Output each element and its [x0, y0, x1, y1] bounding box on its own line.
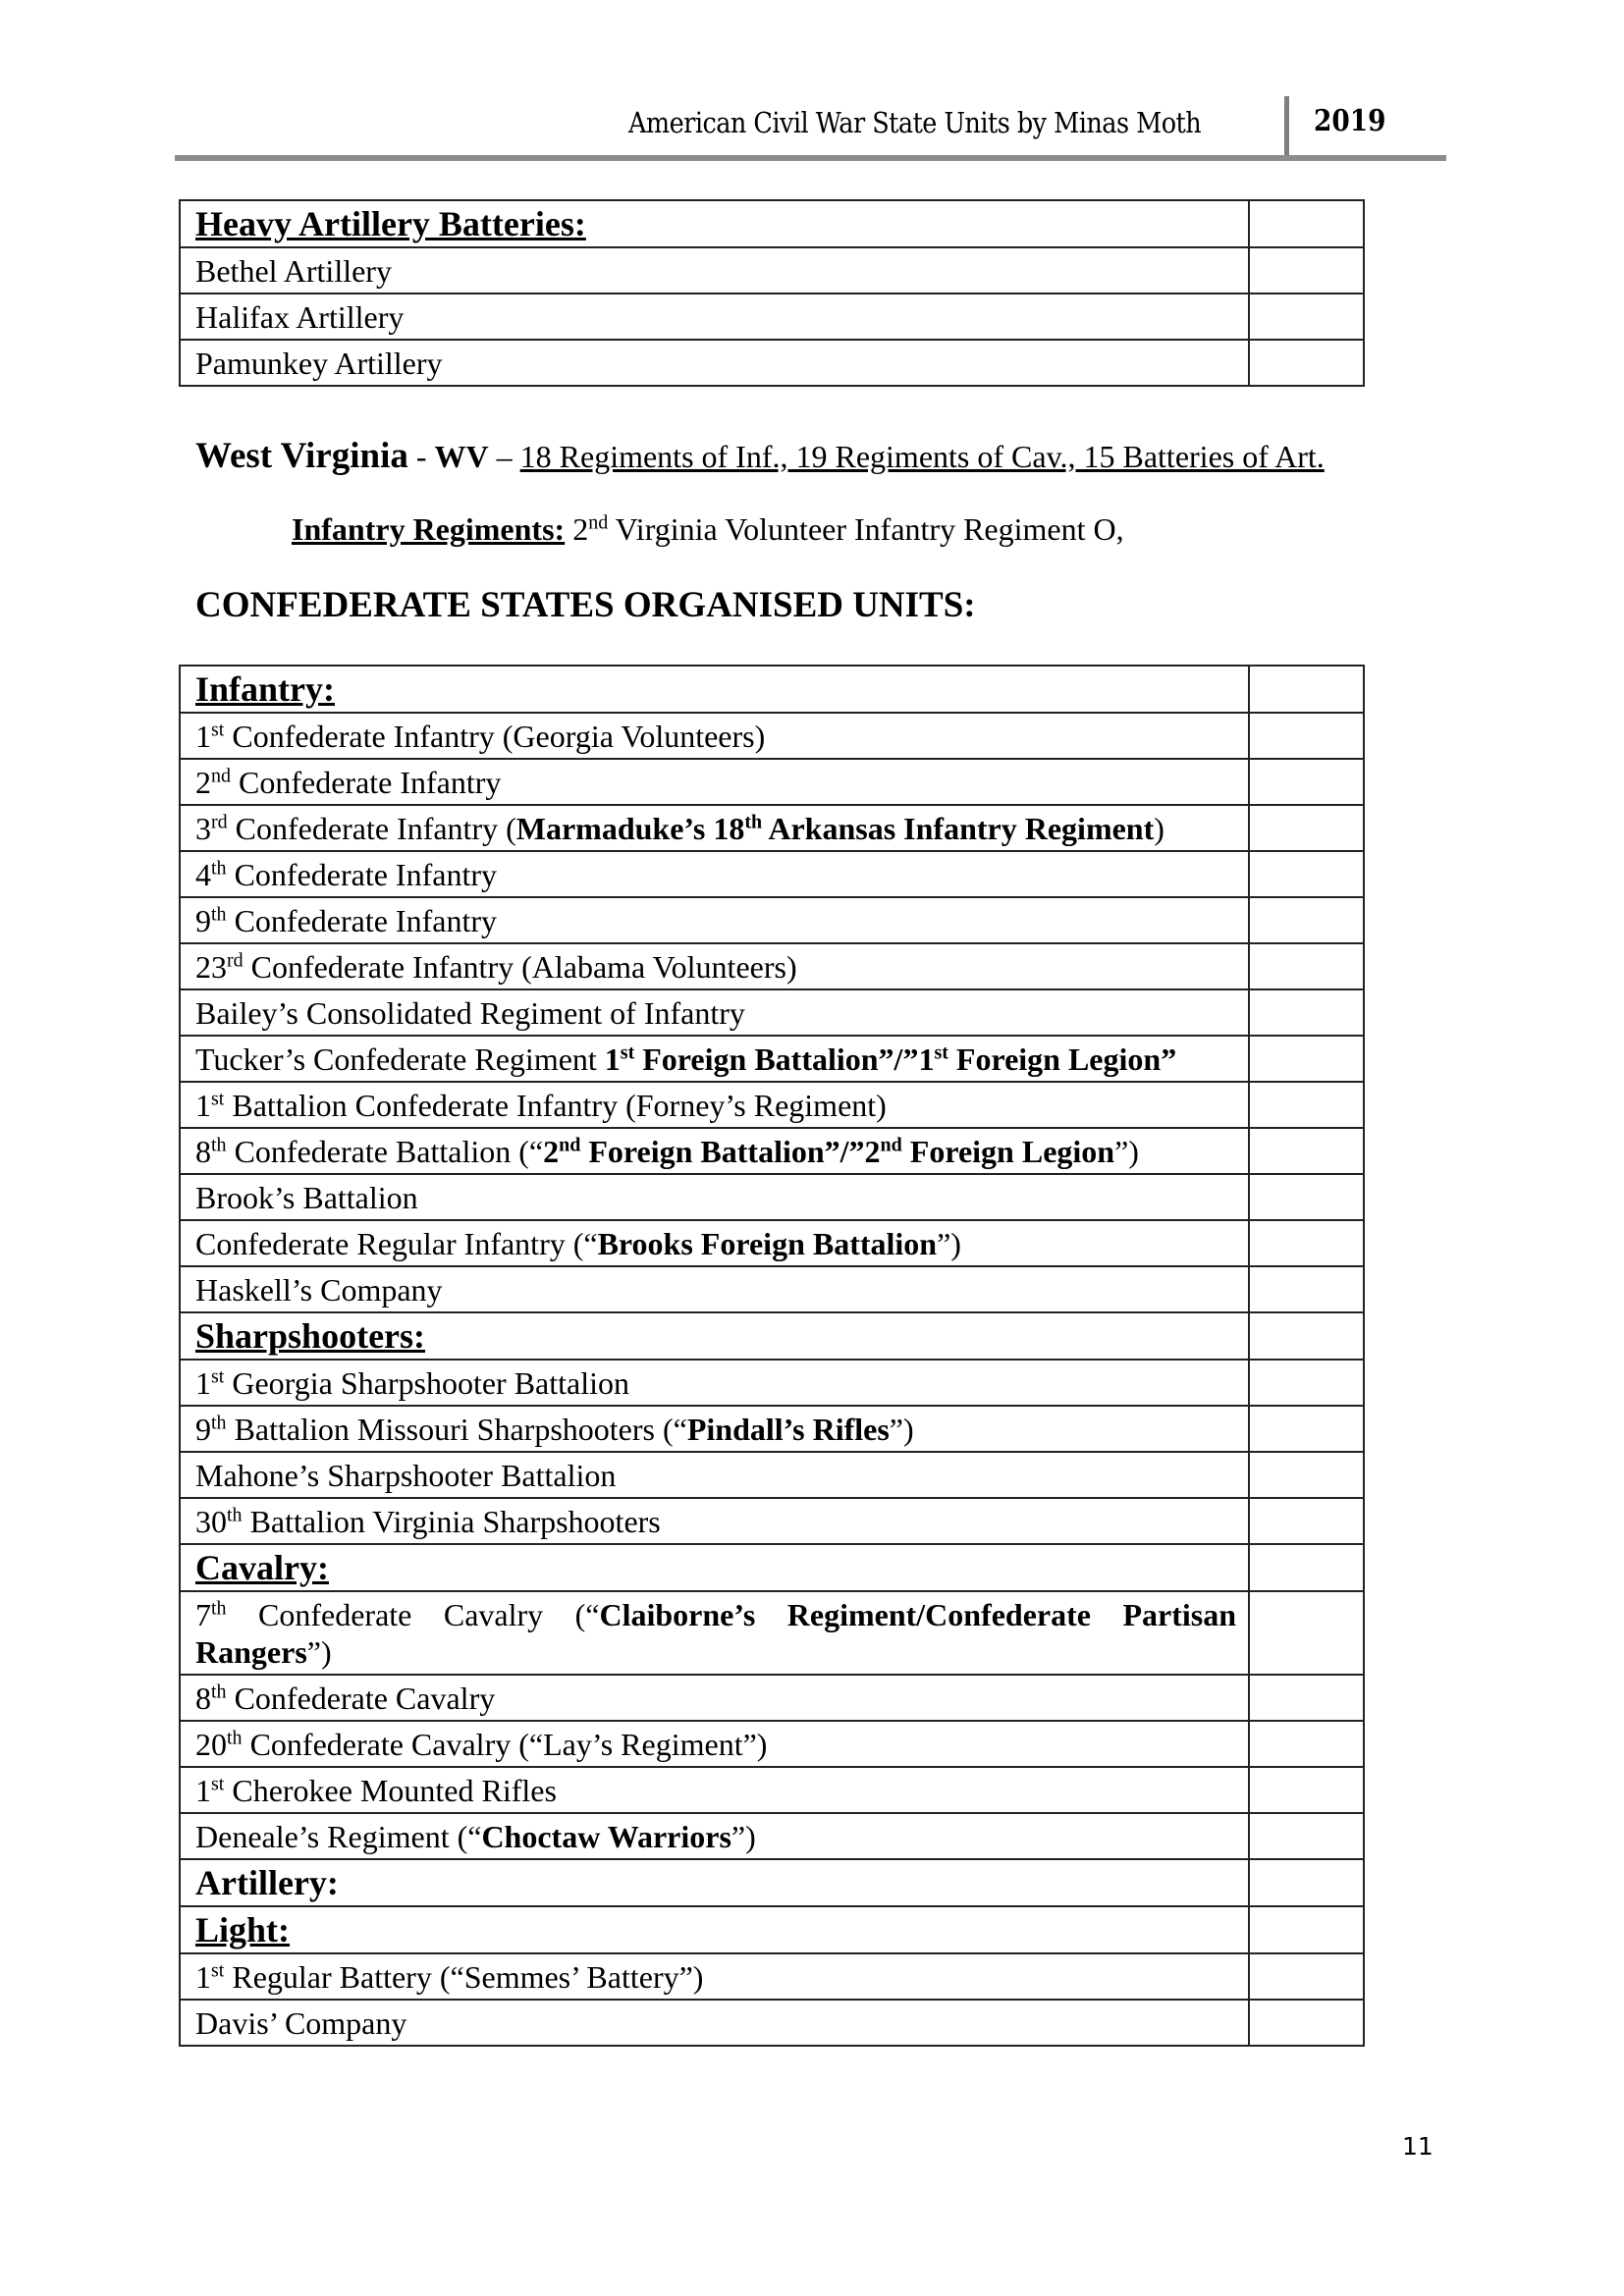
unit-name: 7th Confederate Cavalry (“Claiborne’s Re…	[180, 1591, 1249, 1675]
table-row: 1st Regular Battery (“Semmes’ Battery”)	[180, 1953, 1364, 2000]
confederate-units-table: Infantry:1st Confederate Infantry (Georg…	[179, 665, 1365, 2047]
checkbox-cell[interactable]	[1249, 1360, 1364, 1406]
header-rule	[175, 155, 1446, 161]
running-header-year: 2019	[1314, 104, 1385, 138]
checkbox-cell[interactable]	[1249, 943, 1364, 989]
section-label: Light:	[180, 1906, 1249, 1953]
checkbox-cell[interactable]	[1249, 851, 1364, 897]
checkbox-cell[interactable]	[1249, 1312, 1364, 1360]
unit-name: Pamunkey Artillery	[180, 340, 1249, 386]
section-row: Artillery:	[180, 1859, 1364, 1906]
checkbox-cell[interactable]	[1249, 897, 1364, 943]
unit-name: 1st Georgia Sharpshooter Battalion	[180, 1360, 1249, 1406]
unit-name: 30th Battalion Virginia Sharpshooters	[180, 1498, 1249, 1544]
section-label: Sharpshooters:	[180, 1312, 1249, 1360]
table-row: Deneale’s Regiment (“Choctaw Warriors”)	[180, 1813, 1364, 1859]
checkbox-cell[interactable]	[1249, 1082, 1364, 1128]
unit-name: Brook’s Battalion	[180, 1174, 1249, 1220]
table-row: 3rd Confederate Infantry (Marmaduke’s 18…	[180, 805, 1364, 851]
checkbox-cell[interactable]	[1249, 1128, 1364, 1174]
unit-name: Bailey’s Consolidated Regiment of Infant…	[180, 989, 1249, 1036]
unit-name: 9th Battalion Missouri Sharpshooters (“P…	[180, 1406, 1249, 1452]
section-label: Cavalry:	[180, 1544, 1249, 1591]
checkbox-cell[interactable]	[1249, 1174, 1364, 1220]
checkbox-cell[interactable]	[1249, 666, 1364, 713]
checkbox-cell[interactable]	[1249, 1675, 1364, 1721]
checkbox-cell[interactable]	[1249, 1906, 1364, 1953]
checkbox-cell[interactable]	[1249, 1406, 1364, 1452]
table-row: Pamunkey Artillery	[180, 340, 1364, 386]
table-row: Tucker’s Confederate Regiment 1st Foreig…	[180, 1036, 1364, 1082]
checkbox-cell[interactable]	[1249, 200, 1364, 247]
table-row: 2nd Confederate Infantry	[180, 759, 1364, 805]
infantry-regiments-label: Infantry Regiments:	[292, 511, 565, 547]
table-row: 20th Confederate Cavalry (“Lay’s Regimen…	[180, 1721, 1364, 1767]
west-virginia-line: West Virginia - WV – 18 Regiments of Inf…	[195, 435, 1325, 477]
separator: –	[489, 439, 520, 474]
checkbox-cell[interactable]	[1249, 805, 1364, 851]
table-row: 7th Confederate Cavalry (“Claiborne’s Re…	[180, 1591, 1364, 1675]
checkbox-cell[interactable]	[1249, 2000, 1364, 2046]
unit-name: 20th Confederate Cavalry (“Lay’s Regimen…	[180, 1721, 1249, 1767]
checkbox-cell[interactable]	[1249, 1036, 1364, 1082]
infantry-regiments-text: 2nd Virginia Volunteer Infantry Regiment…	[565, 511, 1123, 547]
state-unit-summary: 18 Regiments of Inf., 19 Regiments of Ca…	[520, 439, 1325, 474]
page-number: 11	[1402, 2132, 1434, 2161]
unit-name: 9th Confederate Infantry	[180, 897, 1249, 943]
checkbox-cell[interactable]	[1249, 759, 1364, 805]
section-row: Heavy Artillery Batteries:	[180, 200, 1364, 247]
table-row: Bethel Artillery	[180, 247, 1364, 294]
checkbox-cell[interactable]	[1249, 713, 1364, 759]
checkbox-cell[interactable]	[1249, 1220, 1364, 1266]
checkbox-cell[interactable]	[1249, 1721, 1364, 1767]
table-row: 9th Confederate Infantry	[180, 897, 1364, 943]
section-row: Sharpshooters:	[180, 1312, 1364, 1360]
table-row: Haskell’s Company	[180, 1266, 1364, 1312]
checkbox-cell[interactable]	[1249, 1953, 1364, 2000]
checkbox-cell[interactable]	[1249, 247, 1364, 294]
section-label: Heavy Artillery Batteries:	[180, 200, 1249, 247]
checkbox-cell[interactable]	[1249, 1498, 1364, 1544]
unit-name: Mahone’s Sharpshooter Battalion	[180, 1452, 1249, 1498]
section-label: Artillery:	[180, 1859, 1249, 1906]
table-row: 4th Confederate Infantry	[180, 851, 1364, 897]
unit-name: Davis’ Company	[180, 2000, 1249, 2046]
section-row: Cavalry:	[180, 1544, 1364, 1591]
table-row: Confederate Regular Infantry (“Brooks Fo…	[180, 1220, 1364, 1266]
unit-name: Confederate Regular Infantry (“Brooks Fo…	[180, 1220, 1249, 1266]
checkbox-cell[interactable]	[1249, 1591, 1364, 1675]
checkbox-cell[interactable]	[1249, 1266, 1364, 1312]
separator: -	[408, 439, 435, 474]
checkbox-cell[interactable]	[1249, 989, 1364, 1036]
confederate-heading: CONFEDERATE STATES ORGANISED UNITS:	[195, 584, 976, 626]
checkbox-cell[interactable]	[1249, 340, 1364, 386]
unit-name: 8th Confederate Battalion (“2nd Foreign …	[180, 1128, 1249, 1174]
unit-name: 1st Battalion Confederate Infantry (Forn…	[180, 1082, 1249, 1128]
checkbox-cell[interactable]	[1249, 1767, 1364, 1813]
state-abbr: WV	[435, 439, 489, 474]
unit-name: 4th Confederate Infantry	[180, 851, 1249, 897]
state-name: West Virginia	[195, 436, 408, 476]
table-row: Brook’s Battalion	[180, 1174, 1364, 1220]
unit-name: 3rd Confederate Infantry (Marmaduke’s 18…	[180, 805, 1249, 851]
unit-name: Haskell’s Company	[180, 1266, 1249, 1312]
table-row: 1st Battalion Confederate Infantry (Forn…	[180, 1082, 1364, 1128]
checkbox-cell[interactable]	[1249, 1544, 1364, 1591]
section-row: Infantry:	[180, 666, 1364, 713]
unit-name: Deneale’s Regiment (“Choctaw Warriors”)	[180, 1813, 1249, 1859]
table-row: 1st Cherokee Mounted Rifles	[180, 1767, 1364, 1813]
header-divider	[1284, 96, 1289, 161]
unit-name: Halifax Artillery	[180, 294, 1249, 340]
checkbox-cell[interactable]	[1249, 1452, 1364, 1498]
table-row: Halifax Artillery	[180, 294, 1364, 340]
unit-name: 23rd Confederate Infantry (Alabama Volun…	[180, 943, 1249, 989]
table-row: Mahone’s Sharpshooter Battalion	[180, 1452, 1364, 1498]
table-row: 8th Confederate Battalion (“2nd Foreign …	[180, 1128, 1364, 1174]
checkbox-cell[interactable]	[1249, 1813, 1364, 1859]
unit-name: Tucker’s Confederate Regiment 1st Foreig…	[180, 1036, 1249, 1082]
table-row: 1st Georgia Sharpshooter Battalion	[180, 1360, 1364, 1406]
running-header-title: American Civil War State Units by Minas …	[628, 106, 1201, 139]
unit-name: 1st Confederate Infantry (Georgia Volunt…	[180, 713, 1249, 759]
unit-name: 2nd Confederate Infantry	[180, 759, 1249, 805]
checkbox-cell[interactable]	[1249, 294, 1364, 340]
infantry-regiments-line: Infantry Regiments: 2nd Virginia Volunte…	[292, 511, 1124, 548]
heavy-artillery-table: Heavy Artillery Batteries:Bethel Artille…	[179, 199, 1365, 387]
table-row: 1st Confederate Infantry (Georgia Volunt…	[180, 713, 1364, 759]
section-label: Infantry:	[180, 666, 1249, 713]
table-row: 9th Battalion Missouri Sharpshooters (“P…	[180, 1406, 1364, 1452]
unit-name: 1st Regular Battery (“Semmes’ Battery”)	[180, 1953, 1249, 2000]
section-row: Light:	[180, 1906, 1364, 1953]
table-row: Davis’ Company	[180, 2000, 1364, 2046]
unit-name: Bethel Artillery	[180, 247, 1249, 294]
table-row: Bailey’s Consolidated Regiment of Infant…	[180, 989, 1364, 1036]
unit-name: 1st Cherokee Mounted Rifles	[180, 1767, 1249, 1813]
checkbox-cell[interactable]	[1249, 1859, 1364, 1906]
table-row: 30th Battalion Virginia Sharpshooters	[180, 1498, 1364, 1544]
unit-name: 8th Confederate Cavalry	[180, 1675, 1249, 1721]
table-row: 8th Confederate Cavalry	[180, 1675, 1364, 1721]
table-row: 23rd Confederate Infantry (Alabama Volun…	[180, 943, 1364, 989]
